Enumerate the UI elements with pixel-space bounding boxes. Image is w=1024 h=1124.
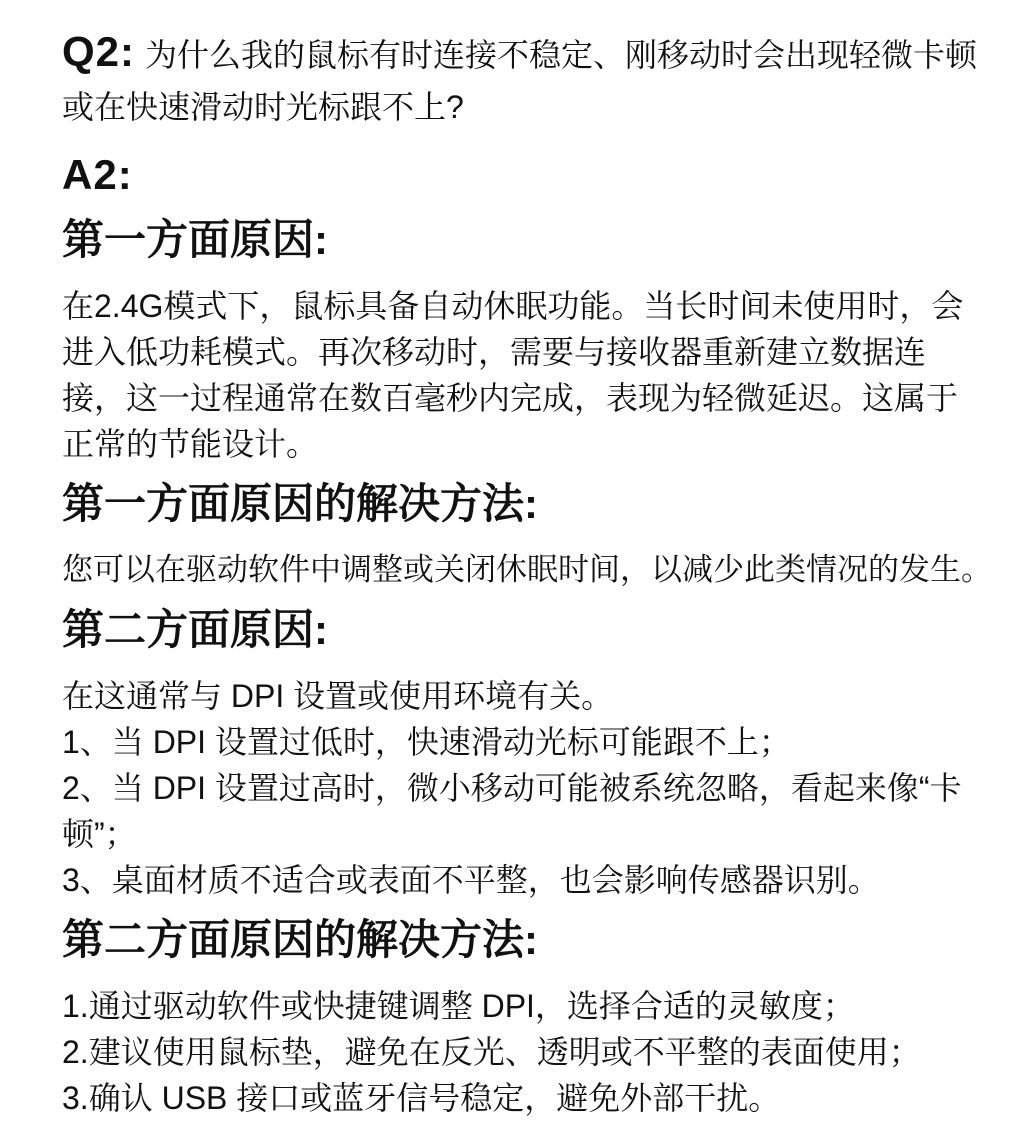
section-cause-1: 第一方面原因: 在2.4G模式下，鼠标具备自动休眠功能。当长时间未使用时，会进入… — [62, 213, 982, 467]
section-solution-2-item-1: 1.通过驱动软件或快捷键调整 DPI，选择合适的灵敏度； — [62, 983, 982, 1029]
answer-label: A2: — [62, 147, 982, 203]
section-cause-2-item-1: 1、当 DPI 设置过低时，快速滑动光标可能跟不上； — [62, 719, 982, 765]
section-solution-2-heading: 第二方面原因的解决方法: — [62, 913, 982, 967]
section-cause-2: 第二方面原因: 在这通常与 DPI 设置或使用环境有关。 1、当 DPI 设置过… — [62, 603, 982, 903]
section-solution-1: 第一方面原因的解决方法: 您可以在驱动软件中调整或关闭休眠时间，以减少此类情况的… — [62, 477, 982, 593]
section-cause-2-item-2: 2、当 DPI 设置过高时，微小移动可能被系统忽略，看起来像“卡顿”； — [62, 765, 982, 857]
section-cause-1-paragraph: 在2.4G模式下，鼠标具备自动休眠功能。当长时间未使用时，会进入低功耗模式。再次… — [62, 283, 982, 467]
section-solution-2-item-2: 2.建议使用鼠标垫，避免在反光、透明或不平整的表面使用； — [62, 1029, 982, 1075]
section-solution-1-heading: 第一方面原因的解决方法: — [62, 477, 982, 531]
section-cause-1-heading: 第一方面原因: — [62, 213, 982, 267]
section-cause-2-intro: 在这通常与 DPI 设置或使用环境有关。 — [62, 673, 982, 719]
section-cause-2-heading: 第二方面原因: — [62, 603, 982, 657]
section-solution-2: 第二方面原因的解决方法: 1.通过驱动软件或快捷键调整 DPI，选择合适的灵敏度… — [62, 913, 982, 1121]
section-cause-2-item-3: 3、桌面材质不适合或表面不平整，也会影响传感器识别。 — [62, 857, 982, 903]
question-label: Q2: — [62, 28, 135, 75]
question-block: Q2:为什么我的鼠标有时连接不稳定、刚移动时会出现轻微卡顿或在快速滑动时光标跟不… — [62, 26, 982, 133]
section-solution-2-item-3: 3.确认 USB 接口或蓝牙信号稳定，避免外部干扰。 — [62, 1075, 982, 1121]
faq-document: Q2:为什么我的鼠标有时连接不稳定、刚移动时会出现轻微卡顿或在快速滑动时光标跟不… — [0, 0, 1024, 1121]
question-text: 为什么我的鼠标有时连接不稳定、刚移动时会出现轻微卡顿或在快速滑动时光标跟不上? — [62, 37, 977, 125]
section-solution-1-paragraph: 您可以在驱动软件中调整或关闭休眠时间，以减少此类情况的发生。 — [62, 547, 982, 593]
